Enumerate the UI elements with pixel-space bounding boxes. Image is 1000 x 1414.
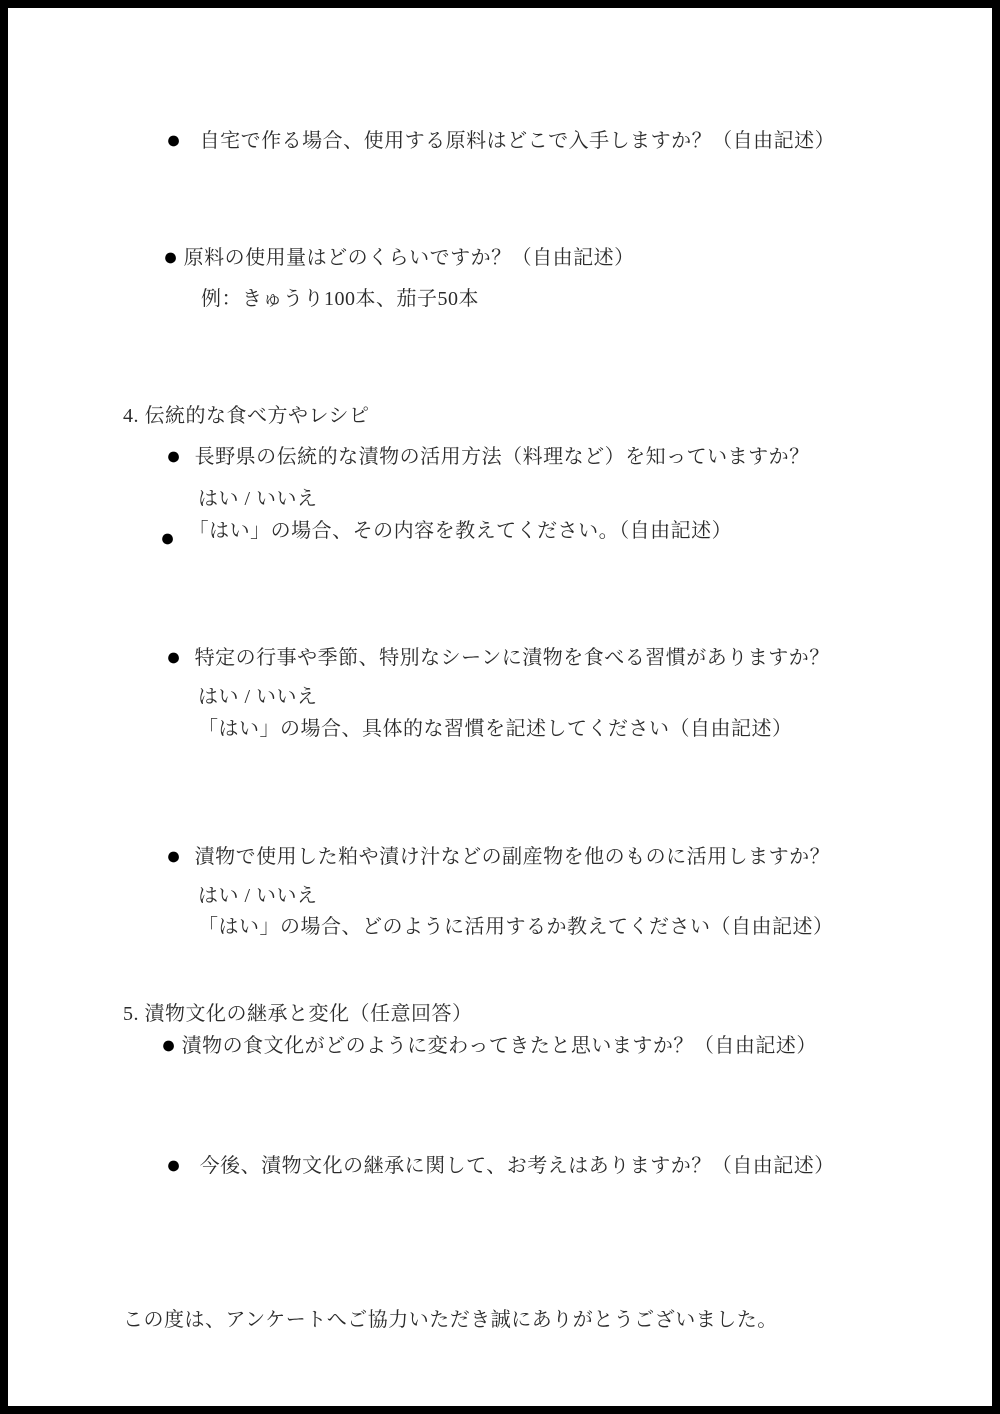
bullet-icon: ● bbox=[166, 843, 182, 871]
section-5-heading: 5. 漬物文化の継承と変化（任意回答） bbox=[123, 1000, 473, 1028]
bullet-icon: ● bbox=[163, 244, 179, 272]
question-text: 「はい」の場合、その内容を教えてください。（自由記述） bbox=[189, 517, 733, 545]
question-byproduct: ● 漬物で使用した粕や漬け汁などの副産物を他のものに活用しますか？ bbox=[166, 843, 830, 871]
question-event-habit: ● 特定の行事や季節、特別なシーンに漬物を食べる習慣がありますか？ bbox=[166, 644, 830, 672]
question-culture-future: ● 今後、漬物文化の継承に関して、お考えはありますか？（自由記述） bbox=[166, 1152, 835, 1180]
question-culture-change: ● 漬物の食文化がどのように変わってきたと思いますか？（自由記述） bbox=[161, 1032, 817, 1060]
bullet-icon: ● bbox=[166, 443, 182, 471]
bullet-icon: ● bbox=[161, 1032, 177, 1060]
yes-no-options: はい / いいえ bbox=[198, 683, 318, 711]
yes-no-options: はい / いいえ bbox=[198, 485, 318, 513]
bullet-icon: ● bbox=[166, 1152, 182, 1180]
survey-document-page: ● 自宅で作る場合、使用する原料はどこで入手しますか？（自由記述） ● 原料の使… bbox=[0, 0, 1000, 1414]
question-traditional-usage-detail: ● 「はい」の場合、その内容を教えてください。（自由記述） bbox=[160, 517, 732, 545]
bullet-icon: ● bbox=[166, 127, 182, 155]
question-text: 長野県の伝統的な漬物の活用方法（料理など）を知っていますか？ bbox=[195, 443, 810, 471]
question-byproduct-detail: 「はい」の場合、どのように活用するか教えてください（自由記述） bbox=[198, 913, 834, 941]
question-traditional-usage: ● 長野県の伝統的な漬物の活用方法（料理など）を知っていますか？ bbox=[166, 443, 810, 471]
question-text: 漬物の食文化がどのように変わってきたと思いますか？（自由記述） bbox=[182, 1032, 817, 1060]
question-text: 特定の行事や季節、特別なシーンに漬物を食べる習慣がありますか？ bbox=[195, 644, 830, 672]
closing-text: この度は、アンケートへご協力いただき誠にありがとうございました。 bbox=[123, 1306, 778, 1334]
question-event-habit-detail: 「はい」の場合、具体的な習慣を記述してください（自由記述） bbox=[198, 715, 793, 743]
question-text: 今後、漬物文化の継承に関して、お考えはありますか？（自由記述） bbox=[200, 1152, 835, 1180]
question-text: 自宅で作る場合、使用する原料はどこで入手しますか？（自由記述） bbox=[200, 127, 836, 155]
bullet-icon: ● bbox=[160, 525, 176, 553]
section-4-heading: 4. 伝統的な食べ方やレシピ bbox=[123, 402, 370, 430]
question-text: 原料の使用量はどのくらいですか？（自由記述） bbox=[184, 244, 635, 272]
bullet-icon: ● bbox=[166, 644, 182, 672]
question-home-source: ● 自宅で作る場合、使用する原料はどこで入手しますか？（自由記述） bbox=[166, 127, 835, 155]
yes-no-options: はい / いいえ bbox=[198, 882, 318, 910]
question-text: 漬物で使用した粕や漬け汁などの副産物を他のものに活用しますか？ bbox=[195, 843, 831, 871]
example-text: 例：きゅうり100本、茄子50本 bbox=[201, 285, 479, 313]
question-amount: ● 原料の使用量はどのくらいですか？（自由記述） bbox=[163, 244, 635, 272]
